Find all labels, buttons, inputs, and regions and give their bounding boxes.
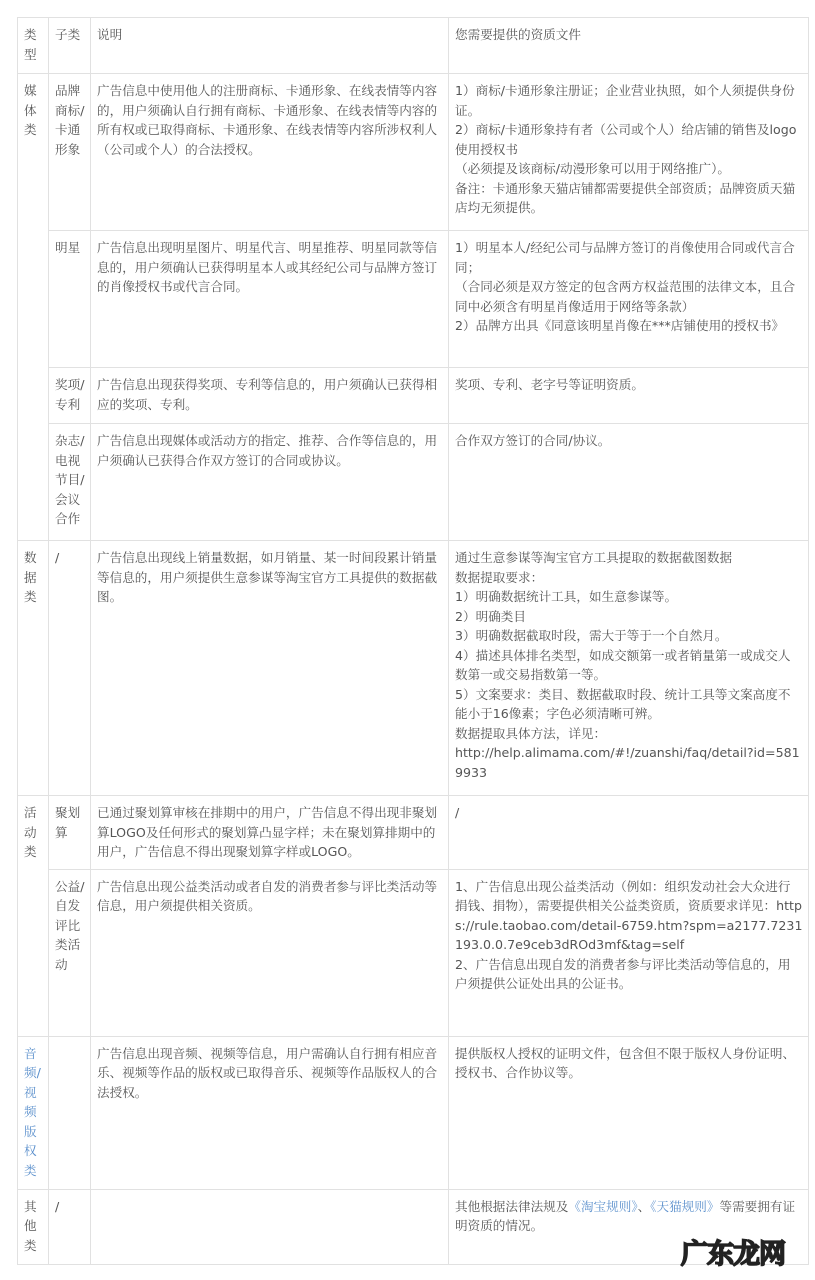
documents-cell: 1）明星本人/经纪公司与品牌方签订的肖像使用合同或代言合同； （合同必须是双方签… [449,231,809,368]
table-row: 明星 广告信息出现明星图片、明星代言、明星推荐、明星同款等信息的，用户须确认已获… [18,231,809,368]
documents-cell: 合作双方签订的合同/协议。 [449,424,809,541]
table-row: 公益/自发评比类活动 广告信息出现公益类活动或者自发的消费者参与评比类活动等信息… [18,869,809,1036]
doc-line: 2）商标/卡通形象持有者（公司或个人）给店铺的销售及logo使用授权书 [455,120,803,159]
doc-line: 1、广告信息出现公益类活动（例如：组织发动社会大众进行捐钱、捐物），需要提供相关… [455,877,803,955]
table-row: 活动类 聚划算 已通过聚划算审核在排期中的用户，广告信息不得出现非聚划算LOGO… [18,796,809,870]
doc-line: 1）明星本人/经纪公司与品牌方签订的肖像使用合同或代言合同； [455,238,803,277]
documents-cell: 1、广告信息出现公益类活动（例如：组织发动社会大众进行捐钱、捐物），需要提供相关… [449,869,809,1036]
description-cell: 广告信息出现明星图片、明星代言、明星推荐、明星同款等信息的，用户须确认已获得明星… [91,231,449,368]
description-cell: 广告信息中使用他人的注册商标、卡通形象、在线表情等内容的，用户须确认自行拥有商标… [91,74,449,231]
subtype-cell [49,1036,91,1189]
type-cell-media: 媒体类 [18,74,49,541]
qualification-table: 类型 子类 说明 您需要提供的资质文件 媒体类 品牌商标/卡通形象 广告信息中使… [17,17,809,1265]
documents-cell: 奖项、专利、老字号等证明资质。 [449,368,809,424]
subtype-cell: 品牌商标/卡通形象 [49,74,91,231]
subtype-cell: 杂志/电视节目/会议合作 [49,424,91,541]
doc-line: 1）明确数据统计工具，如生意参谋等。 [455,587,803,607]
header-documents: 您需要提供的资质文件 [449,18,809,74]
table-row: 数据类 / 广告信息出现线上销量数据，如月销量、某一时间段累计销量等信息的，用户… [18,541,809,796]
subtype-cell: 奖项/专利 [49,368,91,424]
doc-line: 通过生意参谋等淘宝官方工具提取的数据截图数据 [455,548,803,568]
documents-cell: 通过生意参谋等淘宝官方工具提取的数据截图数据 数据提取要求： 1）明确数据统计工… [449,541,809,796]
help-url[interactable]: http://help.alimama.com/#!/zuanshi/faq/d… [455,743,803,782]
doc-line: 5）文案要求：类目、数据截取时段、统计工具等文案高度不能小于16像素；字色必须清… [455,685,803,724]
taobao-rules-link[interactable]: 《淘宝规则》 [568,1199,637,1214]
doc-line: （必须提及该商标/动漫形象可以用于网络推广）。 [455,159,803,179]
doc-line: 2、广告信息出现自发的消费者参与评比类活动等信息的，用户须提供公证处出具的公证书… [455,955,803,994]
doc-prefix: 其他根据法律法规及 [455,1199,568,1214]
type-cell-activity: 活动类 [18,796,49,1037]
subtype-cell: 聚划算 [49,796,91,870]
type-cell-other: 其他类 [18,1189,49,1264]
description-cell [91,1189,449,1264]
type-cell-av[interactable]: 音频/视频版权类 [18,1036,49,1189]
tmall-rules-link[interactable]: 《天猫规则》 [650,1199,719,1214]
description-cell: 已通过聚划算审核在排期中的用户，广告信息不得出现非聚划算LOGO及任何形式的聚划… [91,796,449,870]
header-type: 类型 [18,18,49,74]
doc-line: 2）明确类目 [455,607,803,627]
doc-line: （合同必须是双方签定的包含两方权益范围的法律文本，且合同中必须含有明星肖像适用于… [455,277,803,316]
table-row: 媒体类 品牌商标/卡通形象 广告信息中使用他人的注册商标、卡通形象、在线表情等内… [18,74,809,231]
doc-note: 备注：卡通形象天猫店铺都需要提供全部资质；品牌资质天猫店均无须提供。 [455,179,803,218]
doc-line: 数据提取要求： [455,568,803,588]
documents-cell: 1）商标/卡通形象注册证；企业营业执照，如个人须提供身份证。 2）商标/卡通形象… [449,74,809,231]
description-cell: 广告信息出现音频、视频等信息，用户需确认自行拥有相应音乐、视频等作品的版权或已取… [91,1036,449,1189]
header-subtype: 子类 [49,18,91,74]
description-cell: 广告信息出现公益类活动或者自发的消费者参与评比类活动等信息，用户须提供相关资质。 [91,869,449,1036]
separator: 、 [638,1199,651,1214]
header-row: 类型 子类 说明 您需要提供的资质文件 [18,18,809,74]
description-cell: 广告信息出现媒体或活动方的指定、推荐、合作等信息的，用户须确认已获得合作双方签订… [91,424,449,541]
subtype-cell: / [49,541,91,796]
subtype-cell: 明星 [49,231,91,368]
description-cell: 广告信息出现获得奖项、专利等信息的，用户须确认已获得相应的奖项、专利。 [91,368,449,424]
doc-line: 1）商标/卡通形象注册证；企业营业执照，如个人须提供身份证。 [455,81,803,120]
description-cell: 广告信息出现线上销量数据，如月销量、某一时间段累计销量等信息的，用户须提供生意参… [91,541,449,796]
doc-line: 3）明确数据截取时段，需大于等于一个自然月。 [455,626,803,646]
doc-line: 2）品牌方出具《同意该明星肖像在***店铺使用的授权书》 [455,316,803,336]
site-watermark: 广东龙网 [681,1232,785,1271]
doc-line: 数据提取具体方法，详见： [455,724,803,744]
subtype-cell: 公益/自发评比类活动 [49,869,91,1036]
documents-cell: 提供版权人授权的证明文件，包含但不限于版权人身份证明、授权书、合作协议等。 [449,1036,809,1189]
doc-line: 4）描述具体排名类型，如成交额第一或者销量第一或成交人数第一或交易指数第一等。 [455,646,803,685]
type-cell-data: 数据类 [18,541,49,796]
header-description: 说明 [91,18,449,74]
table-row: 奖项/专利 广告信息出现获得奖项、专利等信息的，用户须确认已获得相应的奖项、专利… [18,368,809,424]
subtype-cell: / [49,1189,91,1264]
table-row: 音频/视频版权类 广告信息出现音频、视频等信息，用户需确认自行拥有相应音乐、视频… [18,1036,809,1189]
documents-cell: / [449,796,809,870]
table-row: 杂志/电视节目/会议合作 广告信息出现媒体或活动方的指定、推荐、合作等信息的，用… [18,424,809,541]
